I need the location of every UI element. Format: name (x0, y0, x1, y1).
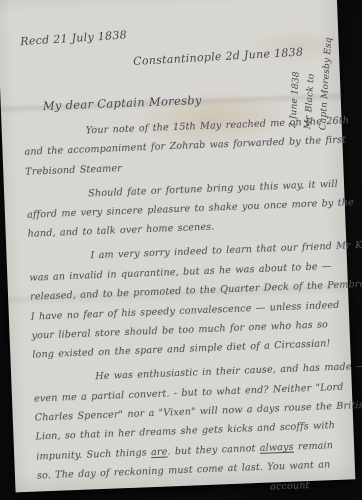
received-docket: Recd 21 July 1838 (20, 28, 127, 48)
letter-page: Recd 21 July 1838 Constantinople 2d June… (0, 0, 355, 492)
photo-background: Recd 21 July 1838 Constantinople 2d June… (0, 0, 362, 500)
dateline: Constantinople 2d June 1838 (133, 46, 304, 68)
salutation: My dear Captain Moresby (43, 93, 202, 113)
letter-body: Your note of the 15th May reached me on … (23, 112, 345, 500)
